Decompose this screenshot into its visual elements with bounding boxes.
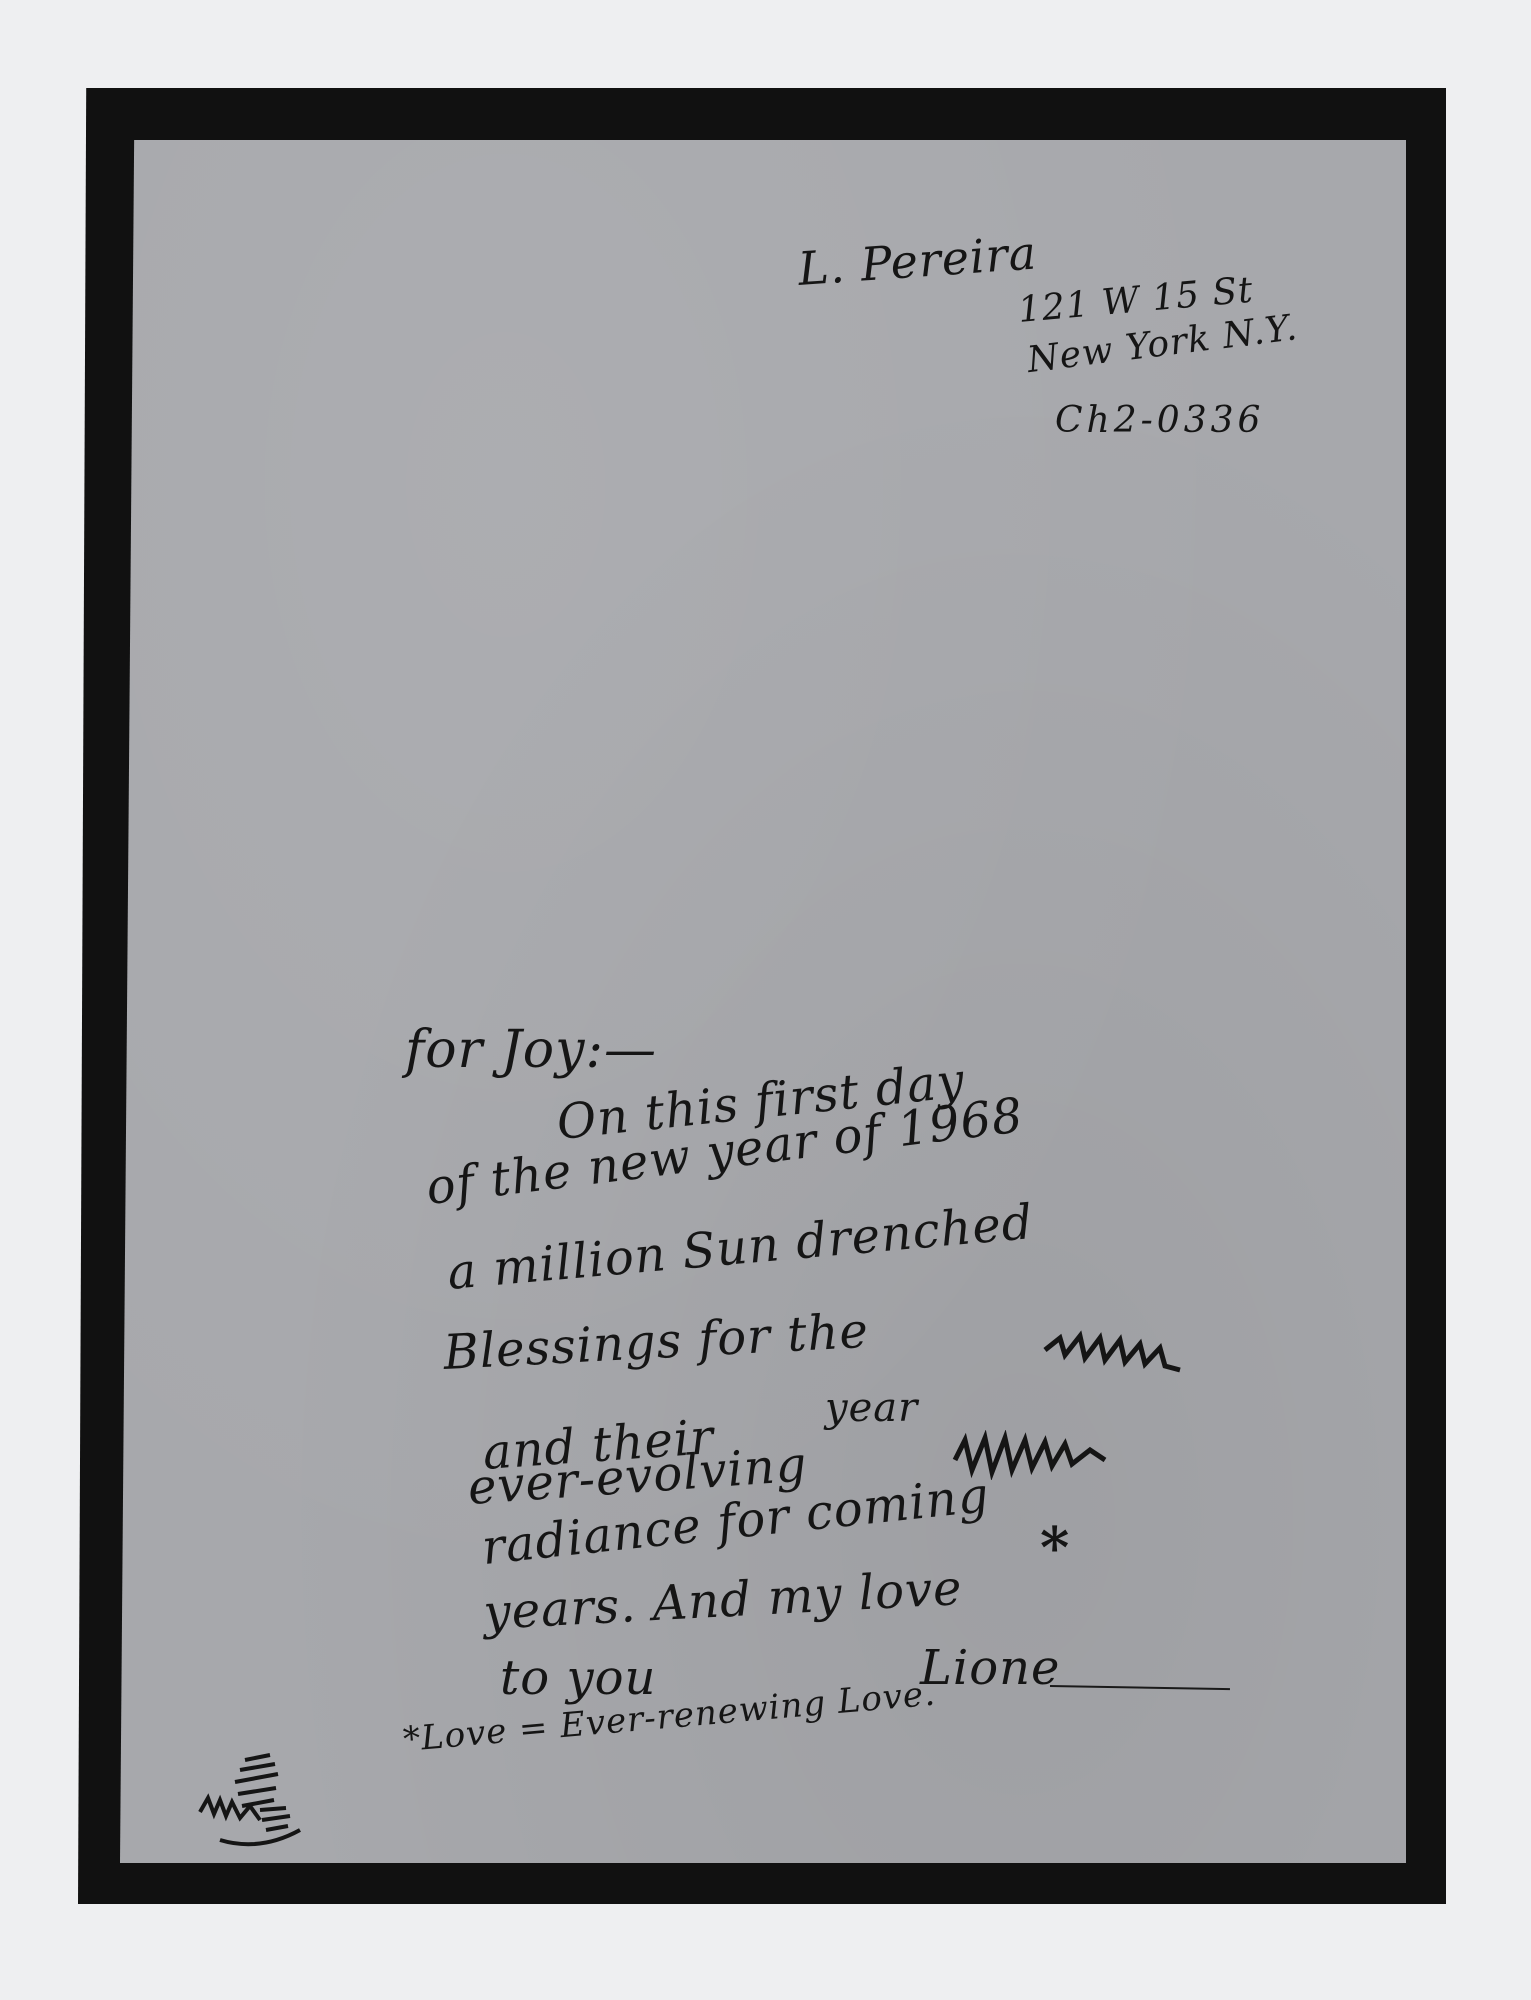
closing-signature: Lione — [920, 1640, 1060, 1696]
struck-out-word-1 — [1040, 1330, 1190, 1380]
asterisk-mark: * — [1040, 1515, 1070, 1581]
body-line-inserted-year: year — [825, 1385, 918, 1431]
body-line-9: to you — [500, 1650, 656, 1706]
phone-number: Ch2-0336 — [1055, 400, 1264, 441]
corner-monogram-scribble — [190, 1750, 330, 1860]
salutation: for Joy:— — [405, 1020, 657, 1080]
